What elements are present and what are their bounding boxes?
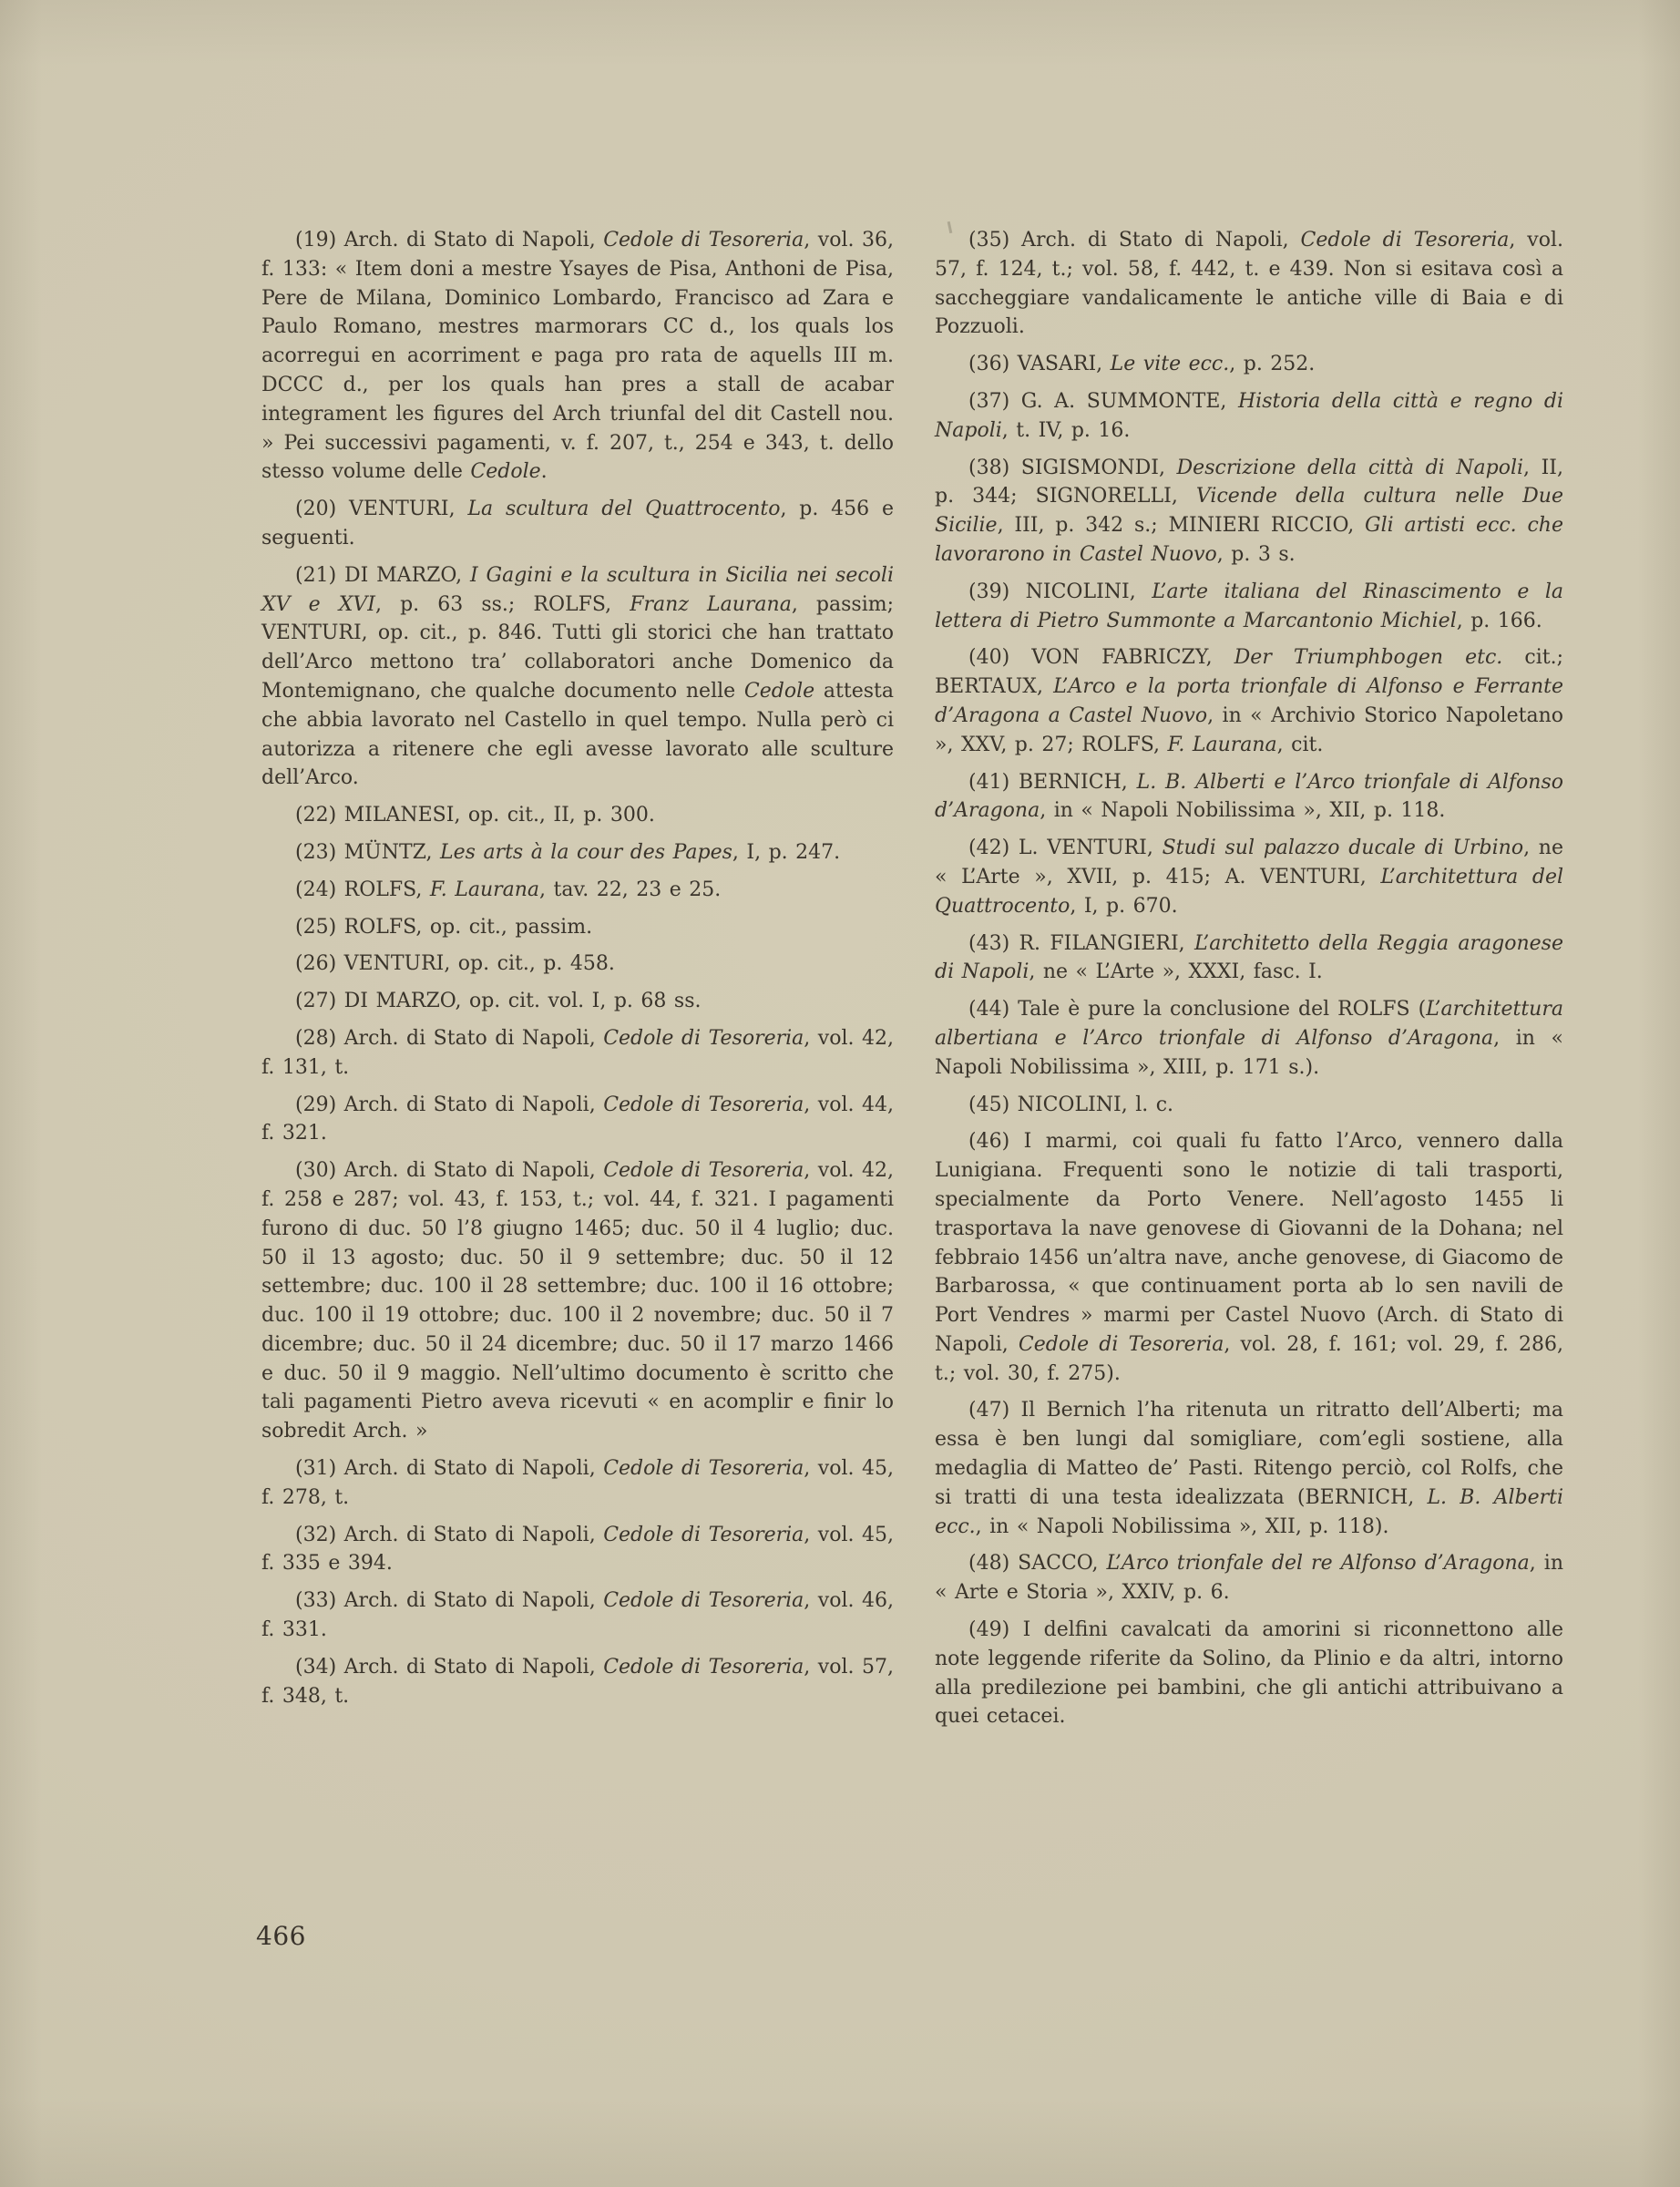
footnote-text: (21) DI MARZO,: [295, 564, 470, 587]
footnote-46: (46) I marmi, coi quali fu fatto l’Arco,…: [935, 1127, 1563, 1388]
footnote-text: , tav. 22, 23 e 25.: [539, 878, 721, 901]
footnote-title-italic: Cedole di Tesoreria: [603, 1457, 804, 1480]
footnote-title-italic: Cedole di Tesoreria: [603, 1027, 804, 1050]
footnote-39: (39) NICOLINI, L’arte italiana del Rinas…: [935, 578, 1563, 636]
footnote-text: (28) Arch. di Stato di Napoli,: [295, 1027, 603, 1050]
footnote-text: (31) Arch. di Stato di Napoli,: [295, 1457, 603, 1480]
footnote-text: , cit.: [1277, 734, 1324, 756]
footnote-title-italic: F. Laurana: [1168, 734, 1277, 756]
footnote-19: (19) Arch. di Stato di Napoli, Cedole di…: [261, 226, 894, 487]
footnote-30: (30) Arch. di Stato di Napoli, Cedole di…: [261, 1156, 894, 1446]
footnote-43: (43) R. FILANGIERI, L’architetto della R…: [935, 929, 1563, 988]
footnote-title-italic: Cedole di Tesoreria: [603, 1589, 804, 1612]
footnote-title-italic: F. Laurana: [430, 878, 539, 901]
footnote-35: (35) Arch. di Stato di Napoli, Cedole di…: [935, 226, 1563, 342]
footnotes-column-right: (35) Arch. di Stato di Napoli, Cedole di…: [935, 226, 1563, 1740]
footnote-title-italic: Cedole di Tesoreria: [603, 1159, 804, 1182]
footnote-38: (38) SIGISMONDI, Descrizione della città…: [935, 454, 1563, 570]
footnote-text: (37) G. A. SUMMONTE,: [968, 390, 1238, 413]
footnote-37: (37) G. A. SUMMONTE, Historia della citt…: [935, 387, 1563, 446]
footnote-22: (22) MILANESI, op. cit., II, p. 300.: [261, 801, 894, 830]
footnote-title-italic: Cedole di Tesoreria: [603, 229, 804, 252]
footnote-text: (29) Arch. di Stato di Napoli,: [295, 1093, 603, 1116]
scanned-book-page: (19) Arch. di Stato di Napoli, Cedole di…: [0, 0, 1680, 2187]
footnote-title-italic: Descrizione della città di Napoli: [1177, 457, 1524, 479]
footnote-text: , I, p. 247.: [732, 841, 840, 864]
footnote-text: (38) SIGISMONDI,: [968, 457, 1177, 479]
footnote-45: (45) NICOLINI, l. c.: [935, 1091, 1563, 1120]
footnote-44: (44) Tale è pure la conclusione del ROLF…: [935, 995, 1563, 1082]
footnote-text: (32) Arch. di Stato di Napoli,: [295, 1524, 603, 1546]
footnote-text: (33) Arch. di Stato di Napoli,: [295, 1589, 603, 1612]
footnote-text: (40) VON FABRICZY,: [968, 646, 1234, 669]
footnote-title-italic: Der Triumphbogen etc.: [1234, 646, 1503, 669]
footnote-text: (45) NICOLINI, l. c.: [968, 1093, 1173, 1116]
footnote-29: (29) Arch. di Stato di Napoli, Cedole di…: [261, 1091, 894, 1149]
footnote-title-italic: Cedole: [470, 460, 540, 483]
footnote-text: (20) VENTURI,: [295, 498, 467, 520]
footnote-23: (23) MÜNTZ, Les arts à la cour des Papes…: [261, 838, 894, 868]
footnote-text: (43) R. FILANGIERI,: [968, 932, 1194, 955]
footnote-text: (27) DI MARZO, op. cit. vol. I, p. 68 ss…: [295, 990, 701, 1012]
footnote-26: (26) VENTURI, op. cit., p. 458.: [261, 950, 894, 979]
footnote-text: , p. 3 s.: [1217, 543, 1296, 566]
footnote-title-italic: Studi sul palazzo ducale di Urbino: [1163, 837, 1524, 859]
footnote-text: (48) SACCO,: [968, 1552, 1107, 1575]
footnote-text: , p. 166.: [1457, 610, 1542, 632]
footnote-text: .: [541, 460, 548, 483]
footnote-text: , in « Napoli Nobilissima », XII, p. 118…: [976, 1515, 1389, 1538]
footnote-text: (34) Arch. di Stato di Napoli,: [295, 1656, 603, 1679]
footnote-text: (44) Tale è pure la conclusione del ROLF…: [968, 998, 1426, 1021]
footnote-title-italic: Cedole di Tesoreria: [603, 1524, 804, 1546]
footnote-title-italic: Cedole di Tesoreria: [603, 1093, 804, 1116]
footnote-text: , in « Napoli Nobilissima », XII, p. 118…: [1040, 799, 1445, 822]
footnote-text: (49) I delfini cavalcati da amorini si r…: [935, 1618, 1563, 1728]
footnote-text: (26) VENTURI, op. cit., p. 458.: [295, 952, 615, 975]
footnote-title-italic: Cedole: [744, 680, 814, 703]
footnote-text: (19) Arch. di Stato di Napoli,: [295, 229, 603, 252]
page-number: 466: [256, 1921, 306, 1951]
footnote-text: (30) Arch. di Stato di Napoli,: [295, 1159, 603, 1182]
footnote-36: (36) VASARI, Le vite ecc., p. 252.: [935, 350, 1563, 379]
footnote-text: (41) BERNICH,: [968, 771, 1137, 794]
footnote-text: (22) MILANESI, op. cit., II, p. 300.: [295, 804, 655, 827]
footnote-32: (32) Arch. di Stato di Napoli, Cedole di…: [261, 1521, 894, 1579]
footnote-title-italic: Cedole di Tesoreria: [603, 1656, 804, 1679]
footnote-title-italic: L’Arco trionfale del re Alfonso d’Aragon…: [1107, 1552, 1530, 1575]
footnote-text: , t. IV, p. 16.: [1002, 419, 1131, 442]
footnote-21: (21) DI MARZO, I Gagini e la scultura in…: [261, 561, 894, 793]
footnote-text: (23) MÜNTZ,: [295, 841, 440, 864]
footnote-title-italic: Franz Laurana: [630, 593, 792, 616]
footnote-title-italic: Le vite ecc.: [1111, 353, 1230, 375]
footnote-40: (40) VON FABRICZY, Der Triumphbogen etc.…: [935, 643, 1563, 759]
footnote-28: (28) Arch. di Stato di Napoli, Cedole di…: [261, 1024, 894, 1083]
footnote-31: (31) Arch. di Stato di Napoli, Cedole di…: [261, 1454, 894, 1513]
footnote-text: (25) ROLFS, op. cit., passim.: [295, 916, 592, 939]
footnote-41: (41) BERNICH, L. B. Alberti e l’Arco tri…: [935, 768, 1563, 827]
footnote-24: (24) ROLFS, F. Laurana, tav. 22, 23 e 25…: [261, 876, 894, 905]
footnote-text: , vol. 36, f. 133: « Item doni a mestre …: [261, 229, 894, 483]
footnotes-column-left: (19) Arch. di Stato di Napoli, Cedole di…: [261, 226, 894, 1719]
footnote-text: , p. 252.: [1229, 353, 1315, 375]
footnote-42: (42) L. VENTURI, Studi sul palazzo ducal…: [935, 834, 1563, 920]
footnote-text: (36) VASARI,: [968, 353, 1111, 375]
footnote-20: (20) VENTURI, La scultura del Quattrocen…: [261, 495, 894, 553]
footnote-25: (25) ROLFS, op. cit., passim.: [261, 913, 894, 942]
footnote-text: , p. 63 ss.; ROLFS,: [375, 593, 630, 616]
footnote-49: (49) I delfini cavalcati da amorini si r…: [935, 1616, 1563, 1731]
footnote-33: (33) Arch. di Stato di Napoli, Cedole di…: [261, 1586, 894, 1645]
footnote-text: , ne « L’Arte », XXXI, fasc. I.: [1029, 960, 1322, 983]
footnote-text: , vol. 42, f. 258 e 287; vol. 43, f. 153…: [261, 1159, 894, 1443]
footnote-47: (47) Il Bernich l’ha ritenuta un ritratt…: [935, 1396, 1563, 1541]
footnote-text: (46) I marmi, coi quali fu fatto l’Arco,…: [935, 1130, 1563, 1356]
footnote-title-italic: Cedole di Tesoreria: [1019, 1333, 1224, 1356]
footnote-text: , I, p. 670.: [1070, 895, 1177, 918]
footnote-title-italic: Cedole di Tesoreria: [1301, 229, 1510, 252]
footnote-48: (48) SACCO, L’Arco trionfale del re Alfo…: [935, 1549, 1563, 1607]
footnote-text: (39) NICOLINI,: [968, 580, 1152, 603]
footnote-34: (34) Arch. di Stato di Napoli, Cedole di…: [261, 1653, 894, 1711]
footnote-text: (24) ROLFS,: [295, 878, 430, 901]
footnote-title-italic: La scultura del Quattrocento: [467, 498, 780, 520]
footnote-text: (35) Arch. di Stato di Napoli,: [968, 229, 1301, 252]
footnote-title-italic: Les arts à la cour des Papes: [440, 841, 732, 864]
footnote-27: (27) DI MARZO, op. cit. vol. I, p. 68 ss…: [261, 987, 894, 1016]
footnote-text: (42) L. VENTURI,: [968, 837, 1163, 859]
footnote-text: , III, p. 342 s.; MINIERI RICCIO,: [998, 514, 1365, 537]
